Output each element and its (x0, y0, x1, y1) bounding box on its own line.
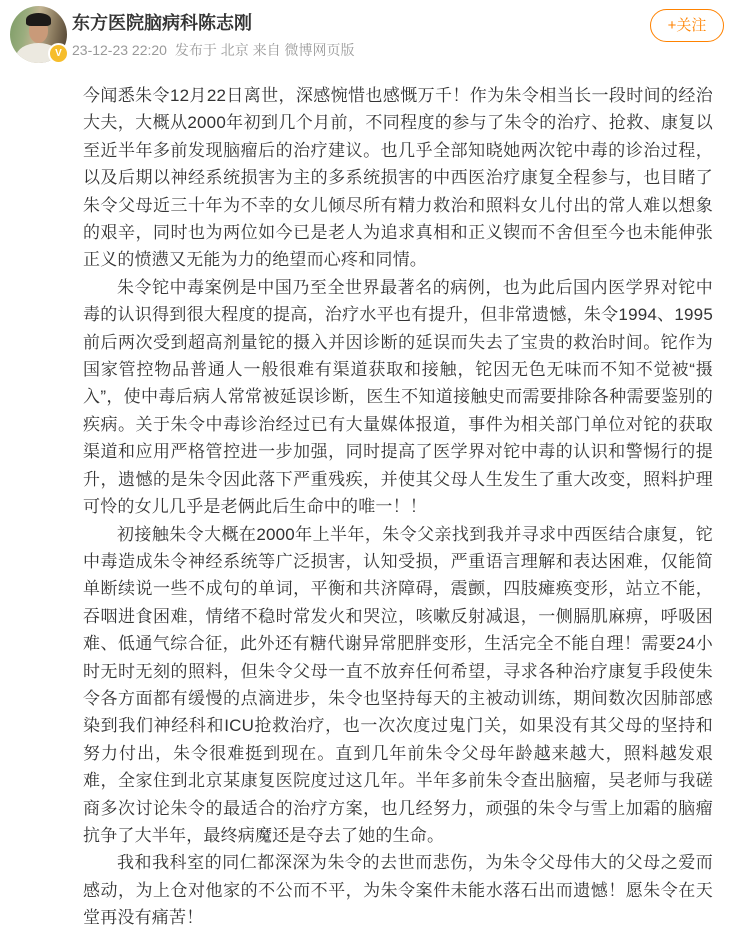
post-paragraph-1: 今闻悉朱令12月22日离世，深感惋惜也感慨万千！作为朱令相当长一段时间的经治大夫… (83, 82, 713, 274)
avatar-hair (26, 13, 51, 26)
publish-info-line: 23-12-23 22:20 发布于 北京 来自 微博网页版 (72, 41, 724, 59)
post-header: V 东方医院脑病科陈志刚 23-12-23 22:20 发布于 北京 来自 微博… (0, 0, 732, 68)
post-content: 今闻悉朱令12月22日离世，深感惋惜也感慨万千！作为朱令相当长一段时间的经治大夫… (83, 82, 713, 932)
weibo-post-page: V 东方医院脑病科陈志刚 23-12-23 22:20 发布于 北京 来自 微博… (0, 0, 732, 942)
avatar[interactable]: V (10, 6, 67, 63)
username[interactable]: 东方医院脑病科陈志刚 (72, 11, 724, 35)
timestamp: 23-12-23 22:20 (72, 42, 167, 58)
verified-v-badge-icon: V (48, 43, 69, 64)
post-paragraph-4: 我和我科室的同仁都深深为朱令的去世而悲伤，为朱令父母伟大的父母之爱而感动，为上仓… (83, 849, 713, 931)
publish-location-source: 发布于 北京 来自 微博网页版 (175, 42, 355, 58)
user-meta: 东方医院脑病科陈志刚 23-12-23 22:20 发布于 北京 来自 微博网页… (72, 7, 724, 59)
post-paragraph-2: 朱令铊中毒案例是中国乃至全世界最著名的病例，也为此后国内医学界对铊中毒的认识得到… (83, 274, 713, 521)
follow-button[interactable]: +关注 (650, 9, 724, 42)
post-paragraph-3: 初接触朱令大概在2000年上半年，朱令父亲找到我并寻求中西医结合康复，铊中毒造成… (83, 521, 713, 850)
